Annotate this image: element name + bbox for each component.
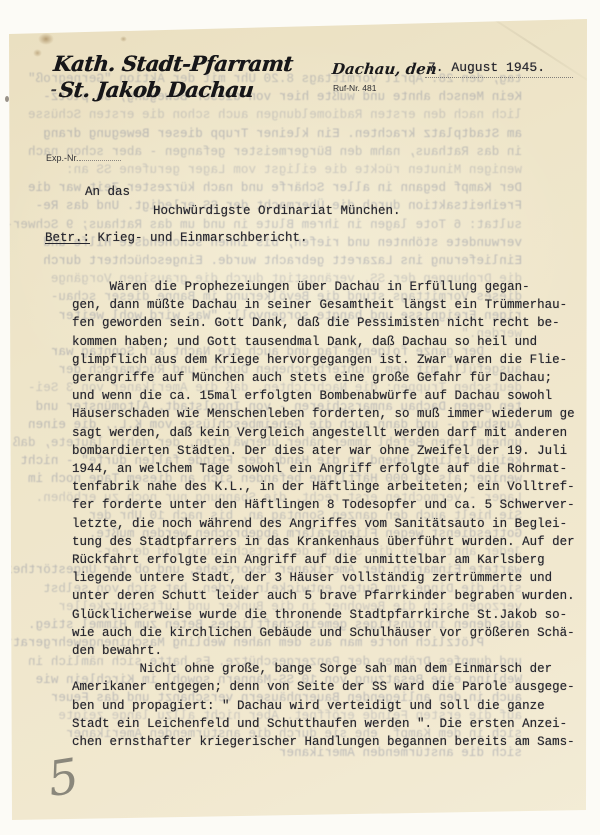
body-line: und wenn die ca. 15mal erfolgten Bombena… <box>72 387 575 405</box>
bleedthrough-line: lich nach den ersten Radiomeldungen auch… <box>0 106 522 124</box>
phone-number: Ruf-Nr. 481 <box>333 83 376 93</box>
body-line: wie auch die kirchlichen Gebäude und Sch… <box>72 624 575 642</box>
body-line: Wären die Prophezeiungen über Dachau in … <box>72 278 575 296</box>
body-line: Glücklicherweise wurde die thronende Sta… <box>72 606 575 624</box>
exp-label: Exp.-Nr. <box>46 153 79 163</box>
body-line: chen ernsthafter kriegerischer Handlunge… <box>72 733 575 751</box>
body-line: sagt werden, daß kein Vergleich angestel… <box>72 424 575 442</box>
bleedthrough-line: wenigen Minuten rückte die eiligst vom L… <box>0 161 522 179</box>
body-line: gen, dann müßte Dachau in seiner Gesamth… <box>72 296 575 314</box>
bleedthrough-line: Einlieferung ins Lazarett gebracht wurde… <box>0 252 522 270</box>
body-line: letzte, die noch während des Angriffes v… <box>72 515 575 533</box>
body-line: fen geworden sein. Gott Dank, daß die Pe… <box>72 314 575 332</box>
date-dotted-line <box>425 76 573 78</box>
paper-stain <box>38 33 54 45</box>
paper-stain <box>33 49 42 57</box>
scanned-document: tag, den 28. April vormittags 8.20 Uhr m… <box>0 0 600 835</box>
typed-date: 7. August 1945. <box>428 60 545 75</box>
body-line: fer forderte unter den Häftlingen 8 Tode… <box>72 496 575 514</box>
body-line: bombardierten Städten. Der dies ater war… <box>72 442 575 460</box>
bleedthrough-line: am Stadtplatz krachten. Ein kleiner Trup… <box>0 125 522 143</box>
exp-nr-field: Exp.-Nr. <box>46 151 121 163</box>
body-line: Häuserschaden wie Menschenleben forderte… <box>72 405 575 423</box>
body-line: gerangriffe auf München auch stets eine … <box>72 369 575 387</box>
subject-label: Betr.: <box>45 231 90 245</box>
body-line: den bewahrt. <box>72 642 575 660</box>
subject-text: Krieg- und Einmarschbericht. <box>90 231 308 245</box>
letterhead-line1: Kath. Stadt-Pfarramt <box>52 52 294 76</box>
dateline-place-label: Dachau, den <box>331 60 438 78</box>
body-line: liegende untere Stadt, der 3 Häuser voll… <box>72 569 575 587</box>
body-line: kommen haben; und Gott tausendmal Dank, … <box>72 333 575 351</box>
bleedthrough-line: Der Kampf begann in aller Schärfe und na… <box>0 179 522 197</box>
report-body: Wären die Prophezeiungen über Dachau in … <box>72 278 575 751</box>
letterhead-line2: St. Jakob Dachau <box>58 77 255 102</box>
body-line: ben und propagiert: " Dachau wird vertei… <box>72 697 575 715</box>
letterhead-line2-row: -St. Jakob Dachau <box>49 78 291 102</box>
scan-speck <box>5 96 9 102</box>
body-line: tung des Stadtpfarrers in das Krankenhau… <box>72 533 575 551</box>
letterhead-dash: - <box>50 82 57 98</box>
body-line: 1944, an welchem Tage sowohl ein Angriff… <box>72 460 575 478</box>
paper: tag, den 28. April vormittags 8.20 Uhr m… <box>0 0 600 835</box>
recipient-name: Hochwürdigste Ordinariat München. <box>153 204 401 218</box>
body-line: Nicht ohne große, bange Sorge sah man de… <box>72 660 575 678</box>
body-line: unter deren Schutt leider auch 5 brave P… <box>72 587 575 605</box>
letterhead: Kath. Stadt-Pfarramt -St. Jakob Dachau <box>49 52 293 102</box>
body-line: Amerikaner entgegen; denn von Seite der … <box>72 678 575 696</box>
body-line: glimpflich aus dem Kriege hervorgegangen… <box>72 351 575 369</box>
exp-dotted-line <box>79 151 121 161</box>
recipient-salutation: An das <box>85 185 130 199</box>
body-line: tenfabrik nahe des K.L., in der Häftling… <box>72 478 575 496</box>
subject-line: Betr.: Krieg- und Einmarschbericht. <box>45 231 308 245</box>
body-line: Stadt ein Leichenfeld und Schutthaufen w… <box>72 715 575 733</box>
body-line: Rückfahrt erfolgte ein Angriff auf die u… <box>72 551 575 569</box>
paper-stain <box>120 36 127 42</box>
